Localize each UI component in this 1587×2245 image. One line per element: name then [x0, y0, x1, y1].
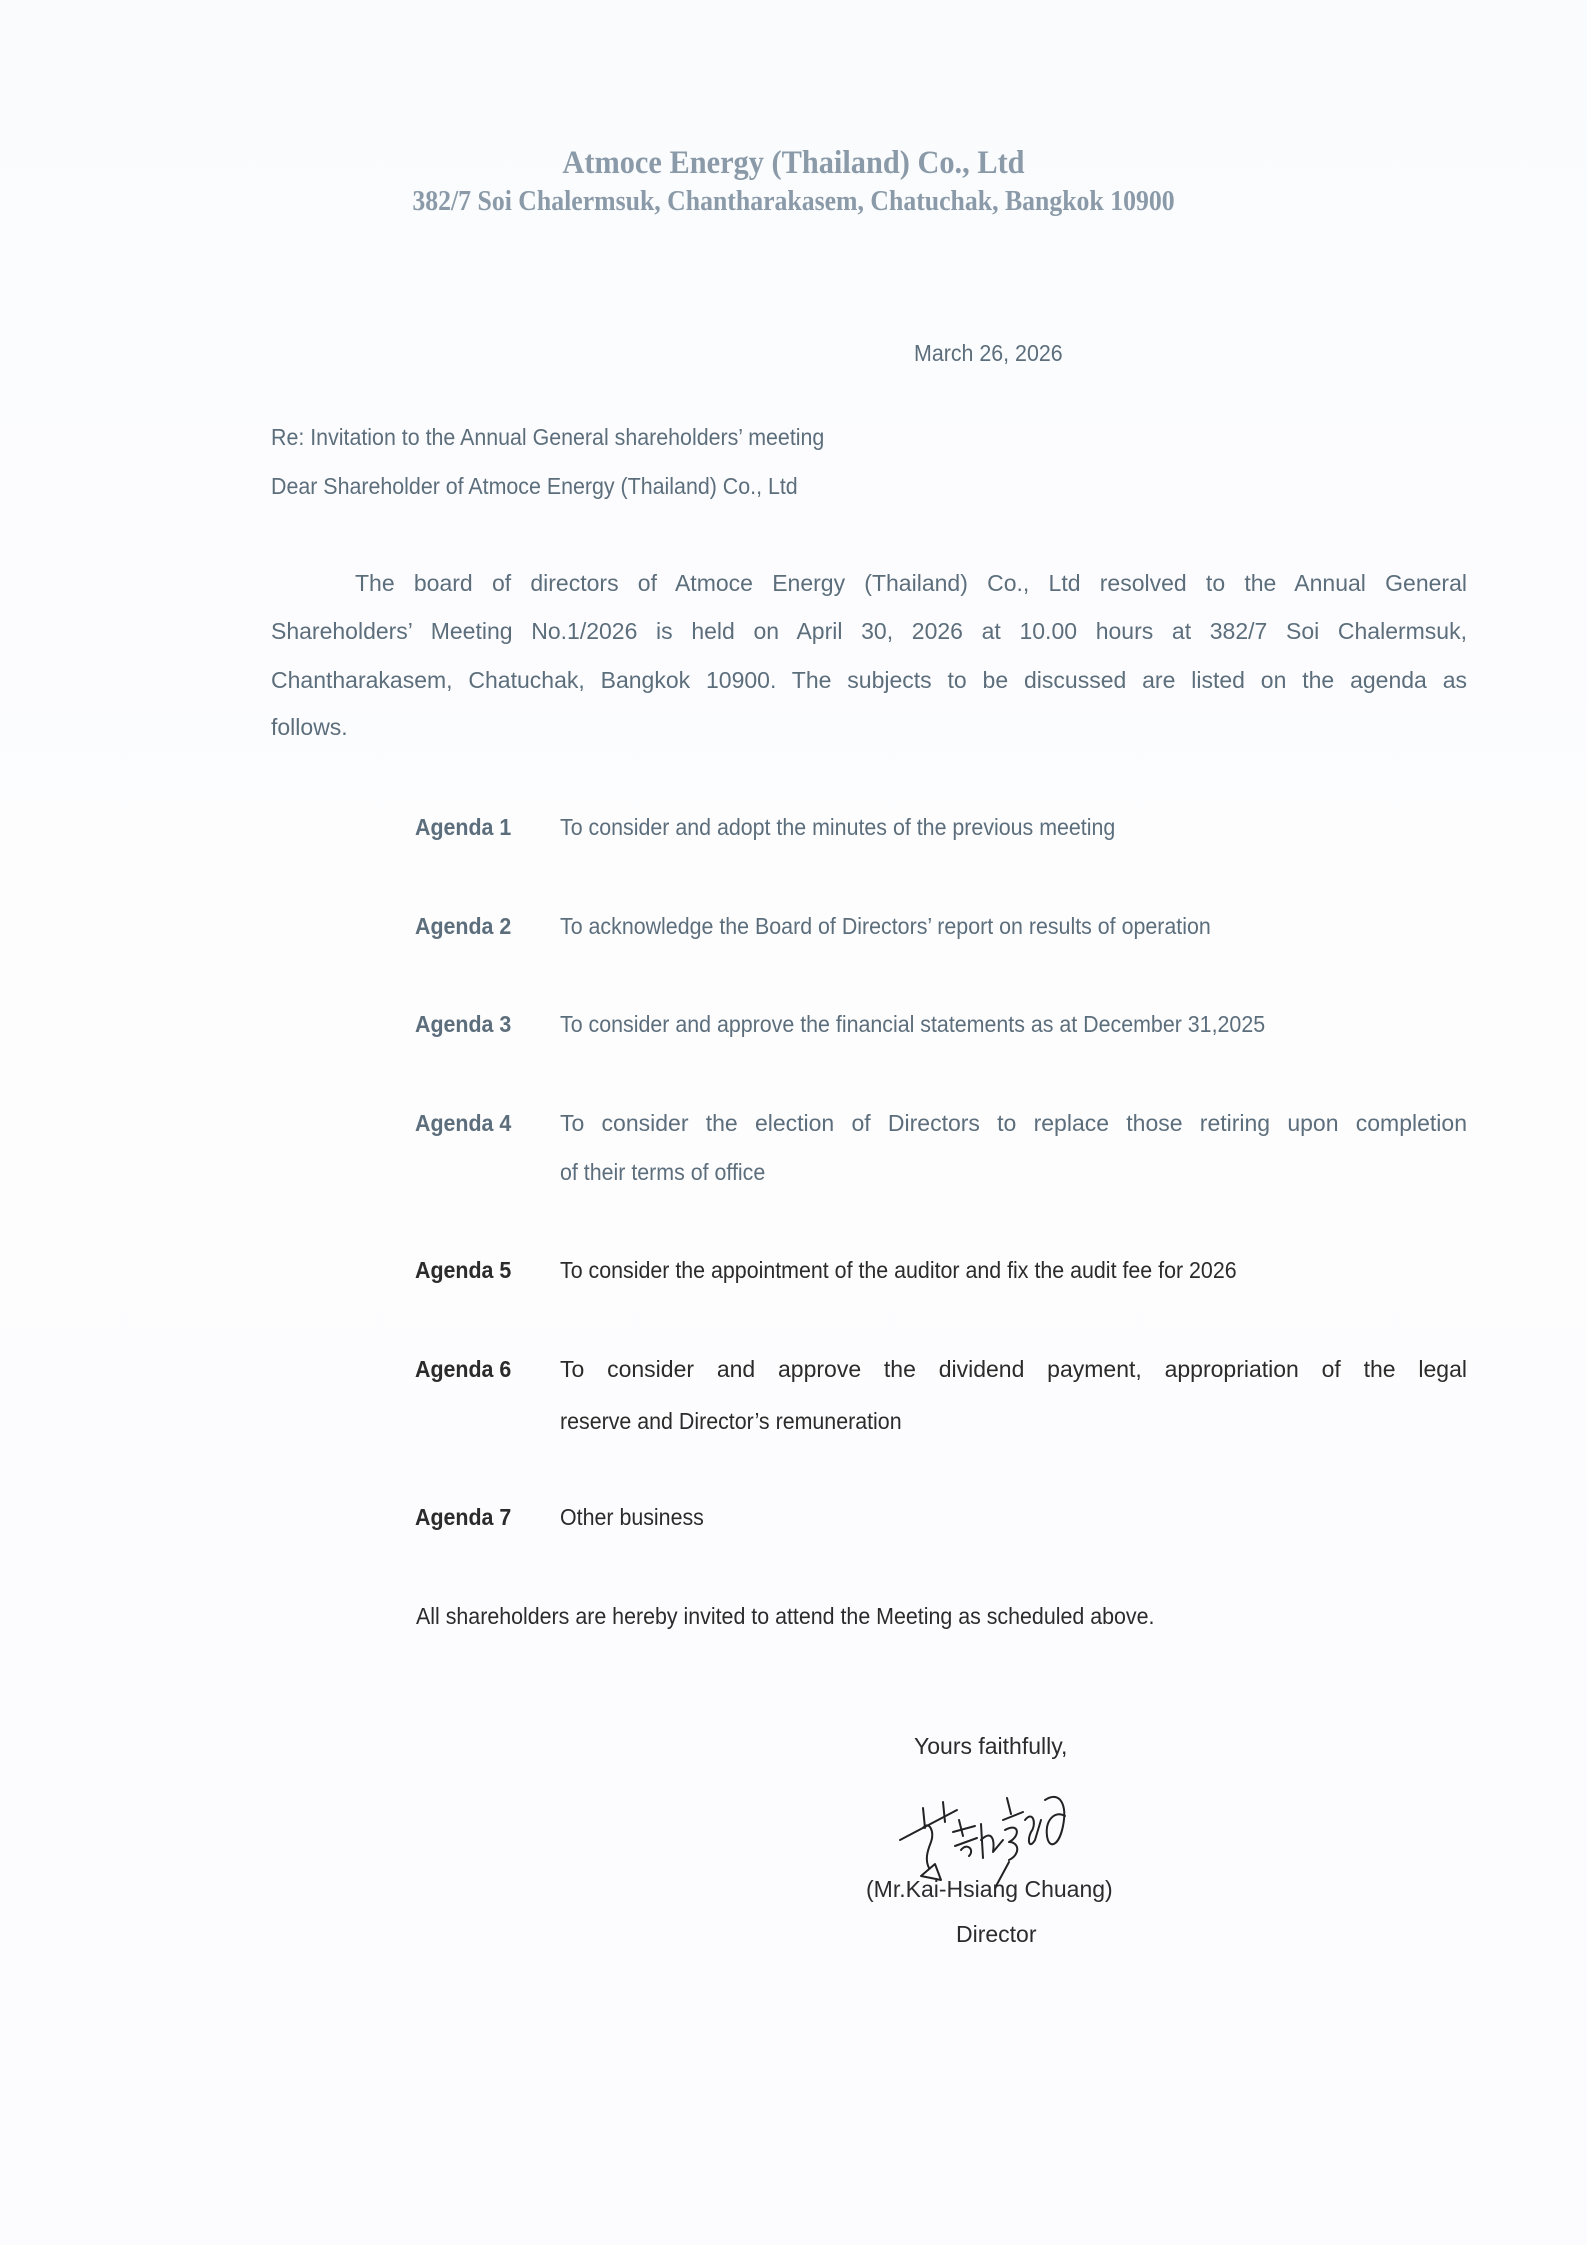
signature-icon [895, 1780, 1095, 1890]
agenda-text: To consider the election of Directors to… [560, 1110, 1467, 1137]
letterhead-company-name: Atmoce Energy (Thailand) Co., Ltd [63, 145, 1523, 182]
body-line: follows. [271, 714, 1467, 741]
valediction: Yours faithfully, [914, 1733, 1067, 1760]
agenda-label: Agenda 2 [415, 913, 511, 940]
agenda-text: To consider and approve the dividend pay… [560, 1356, 1467, 1383]
agenda-text-continued: reserve and Director’s remuneration [560, 1408, 902, 1435]
body-line: Chantharakasem, Chatuchak, Bangkok 10900… [271, 667, 1467, 694]
closing-statement: All shareholders are hereby invited to a… [416, 1603, 1154, 1630]
agenda-label: Agenda 1 [415, 814, 511, 841]
body-line: The board of directors of Atmoce Energy … [355, 570, 1467, 597]
subject-line: Re: Invitation to the Annual General sha… [271, 424, 824, 451]
agenda-text: Other business [560, 1504, 704, 1531]
agenda-label: Agenda 6 [415, 1356, 511, 1383]
agenda-text: To consider and approve the financial st… [560, 1011, 1265, 1038]
agenda-label: Agenda 5 [415, 1257, 511, 1284]
agenda-label: Agenda 4 [415, 1110, 511, 1137]
agenda-label: Agenda 7 [415, 1504, 511, 1531]
letter-page: Atmoce Energy (Thailand) Co., Ltd 382/7 … [0, 0, 1587, 2245]
agenda-text: To consider and adopt the minutes of the… [560, 814, 1115, 841]
agenda-label: Agenda 3 [415, 1011, 511, 1038]
agenda-text: To acknowledge the Board of Directors’ r… [560, 913, 1211, 940]
body-line: Shareholders’ Meeting No.1/2026 is held … [271, 618, 1467, 645]
letter-date: March 26, 2026 [914, 340, 1063, 367]
salutation: Dear Shareholder of Atmoce Energy (Thail… [271, 473, 798, 500]
letterhead-address: 382/7 Soi Chalermsuk, Chantharakasem, Ch… [63, 186, 1523, 218]
agenda-text-continued: of their terms of office [560, 1159, 765, 1186]
signer-title: Director [956, 1921, 1037, 1948]
signer-name: (Mr.Kai-Hsiang Chuang) [866, 1876, 1113, 1903]
agenda-text: To consider the appointment of the audit… [560, 1257, 1237, 1284]
